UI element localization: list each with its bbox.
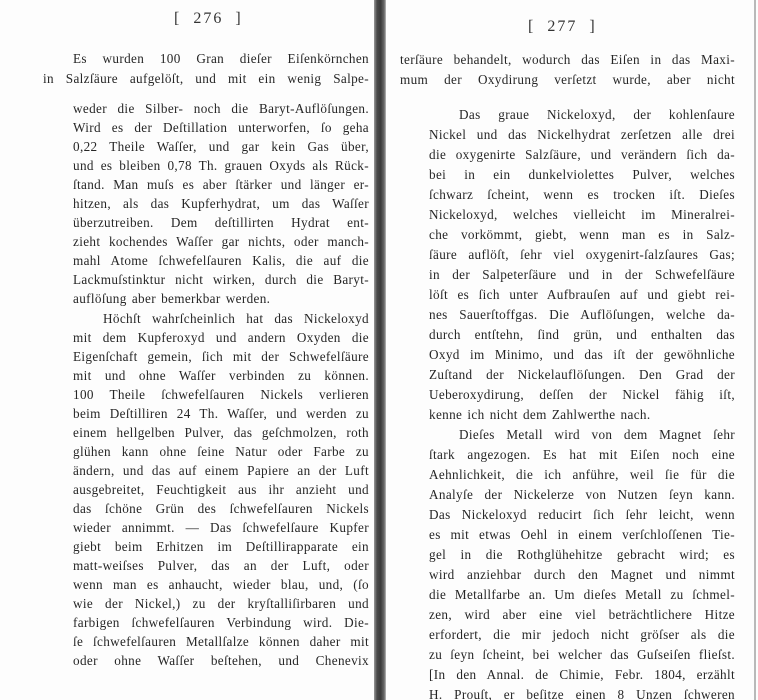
text-line: weder die Silber- noch die Baryt-Auflöſu…: [73, 100, 369, 118]
text-line: wenn man es anhaucht, wieder blau, und, …: [73, 576, 369, 594]
text-line: Lackmuſstinktur nicht wirken, durch die …: [73, 271, 369, 289]
text-line: mum der Oxydirung verſetzt wurde, aber n…: [400, 71, 735, 89]
text-line: beim Deſtilliren 24 Th. Waſſer, und werd…: [73, 405, 369, 423]
text-line: mit dem Kupferoxyd und andern Oxyden die: [73, 329, 369, 347]
page-number-left: [ 276 ]: [174, 10, 243, 28]
text-line: Nickel und das Nickelhydrat zerſetzen al…: [429, 126, 735, 144]
text-line: überzutreiben. Dem deſtillirten Hydrat e…: [73, 214, 369, 232]
text-line: und es bleiben 0,78 Th. grauen Oxyds als…: [73, 157, 369, 175]
text-line: zu ſeyn ſcheint, bei welcher das Guſseiſ…: [429, 646, 735, 664]
text-line: ſchwarz ſcheint, wenn es trocken iſt. Di…: [429, 186, 735, 204]
text-line: Höchſt wahrſcheinlich hat das Nickeloxyd: [103, 310, 369, 328]
text-line: gel in die Rothglühehitze gebracht wird;…: [429, 546, 735, 564]
text-line: Zuſtand der Nickelauflöſungen. Den Grad …: [429, 366, 735, 384]
text-line: ſtark angezogen. Es hat mit Eiſen noch e…: [429, 446, 735, 464]
text-line: Aehnlichkeit, die ich anführe, weil ſie …: [429, 466, 735, 484]
text-line: Das graue Nickeloxyd, der kohlenſaure: [459, 106, 735, 124]
text-line: ſtand. Man muſs es aber ſtärker und läng…: [73, 176, 369, 194]
text-line: einem hellgelben Pulver, das geſchmolzen…: [73, 424, 369, 442]
text-line: ausgebreitet, Feuchtigkeit aus ihr anzie…: [73, 481, 369, 499]
text-line: wird anziehbar durch den Magnet und nimm…: [429, 566, 735, 584]
text-line: zieht kochendes Waſſer gar nichts, oder …: [73, 233, 369, 251]
text-line: Ueberoxydirung, deſſen der Nickel fähig …: [429, 386, 735, 404]
text-line: oder ohne Waſſer beſtehen, und Chenevix: [73, 652, 369, 670]
text-line: kenne ich nicht dem Zahlwerthe nach.: [429, 406, 735, 424]
text-line: bei in ein dunkelviolettes Pulver, welch…: [429, 166, 735, 184]
text-line: terſäure behandelt, wodurch das Eiſen in…: [400, 51, 735, 69]
text-line: Eigenſchaft gemein, ſich mit der Schwefe…: [73, 348, 369, 366]
text-line: hitzen, als das Kupferhydrat, um das Waſ…: [73, 195, 369, 213]
text-line: Wird es der Deſtillation unterworfen, ſo…: [73, 119, 369, 137]
text-line: ſe ſchwefelſauren Metallſalze können dah…: [73, 633, 369, 651]
text-line: [In den Annal. de Chimie, Febr. 1804, er…: [429, 666, 735, 684]
text-line: durch entſtehn, ſind grün, und enthalten…: [429, 326, 735, 344]
text-line: zen, wird aber eine viel beträchtlichere…: [429, 606, 735, 624]
text-line: die oxygenirte Salzſäure, und verändern …: [429, 146, 735, 164]
text-line: Dieſes Metall wird von dem Magnet ſehr: [459, 426, 735, 444]
text-line: das ſchöne Grün des ſchwefelſauren Nicke…: [73, 500, 369, 518]
book-spread: [ 276 ] Es wurden 100 Gran dieſer Eiſenk…: [0, 0, 758, 700]
page-number-right: [ 277 ]: [528, 18, 597, 36]
right-page: [ 277 ] terſäure behandelt, wodurch das …: [386, 0, 754, 700]
text-line: Das Nickeloxyd reducirt ſich ſehr leicht…: [429, 506, 735, 524]
page-edge: [754, 0, 756, 700]
text-line: löſt es ſich unter Aufbrauſen auf und gi…: [429, 286, 735, 304]
text-line: 100 Theile ſchwefelſauren Nickels verlie…: [73, 386, 369, 404]
text-line: farbigen ſchwefelſauren Verbindung wird.…: [73, 614, 369, 632]
text-line: che vorkömmt, giebt, wenn man es in Salz…: [429, 226, 735, 244]
text-line: Oxyd im Minimo, und das iſt der gewöhnli…: [429, 346, 735, 364]
text-line: mit und ohne Waſſer verbinden zu können.: [73, 367, 369, 385]
text-line: die Metallfarbe an. Um dieſes Metall zu …: [429, 586, 735, 604]
text-line: wie der Nickel,) zu der kryſtalliſirbare…: [73, 595, 369, 613]
text-line: Es wurden 100 Gran dieſer Eiſenkörnchen: [73, 50, 369, 68]
text-line: ändern, und das auf einem Papiere an der…: [73, 462, 369, 480]
text-line: auflöſung aber bemerkbar werden.: [73, 290, 369, 308]
text-line: Nickeloxyd, welches vielleicht im Minera…: [429, 206, 735, 224]
text-line: glühen kann ohne ſeine Natur oder Farbe …: [73, 443, 369, 461]
text-line: in der Salpeterſäure und in der Schwefel…: [429, 266, 735, 284]
text-line: H. Prouſt, er beſitze einen 8 Unzen ſchw…: [429, 686, 735, 700]
text-line: giebt beim Erhitzen im Deſtillirapparate…: [73, 538, 369, 556]
text-line: in Salzſäure aufgelöſt, und mit ein weni…: [43, 70, 369, 88]
text-line: es mit etwas Oehl in einem verſchloſſene…: [429, 526, 735, 544]
left-page: [ 276 ] Es wurden 100 Gran dieſer Eiſenk…: [0, 0, 374, 700]
text-line: Analyſe der Nickelerze von Nutzen ſeyn k…: [429, 486, 735, 504]
book-gutter: [374, 0, 386, 700]
text-line: nes Sauerſtoffgas. Die Auflöſungen, welc…: [429, 306, 735, 324]
text-line: ſäure auflöſt, ſehr viel oxygenirt-ſalzſ…: [429, 246, 735, 264]
text-line: mahl Atome ſchwefelſauren Kalis, die auf…: [73, 252, 369, 270]
text-line: 0,22 Theile Waſſer, und gar kein Gas übe…: [73, 138, 369, 156]
text-line: erfordert, die mir jedoch nicht gröſser …: [429, 626, 735, 644]
text-line: wieder annimmt. — Das ſchwefelſaure Kupf…: [73, 519, 369, 537]
text-line: matt-weiſses Pulver, das an der Luft, od…: [73, 557, 369, 575]
